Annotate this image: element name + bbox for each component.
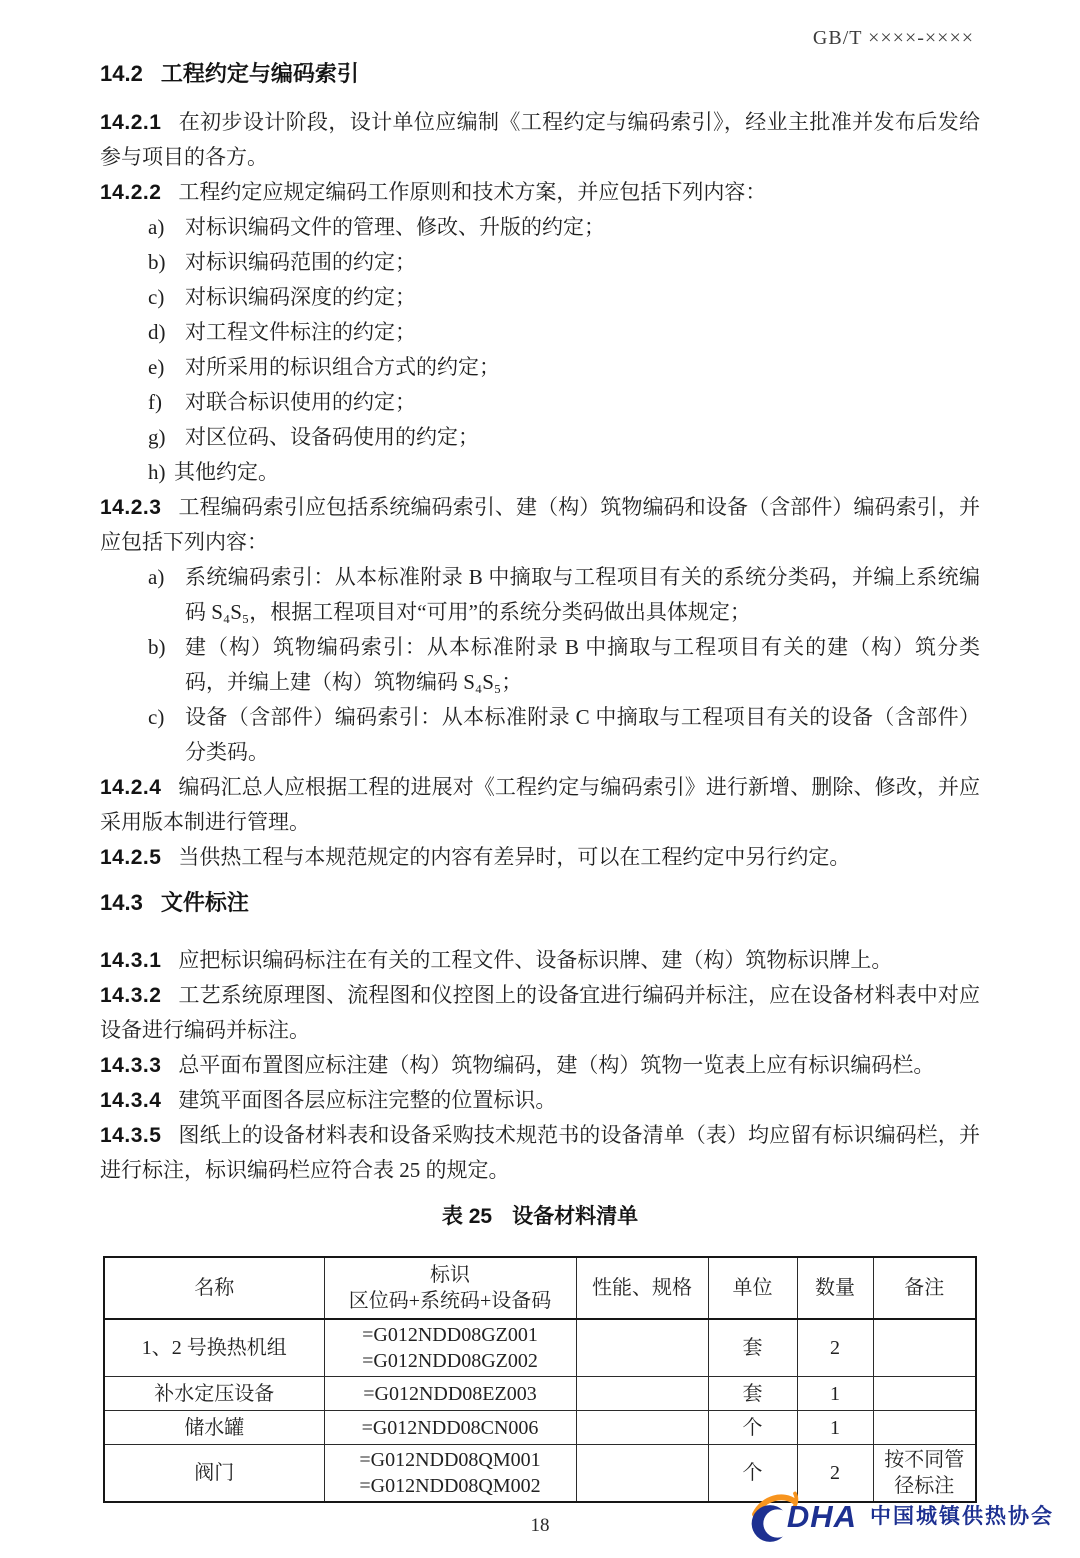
- list-item-text: 建（构）筑物编码索引：从本标准附录 B 中摘取与工程项目有关的建（构）筑分类码，…: [185, 630, 980, 700]
- clause-text: 在初步设计阶段，设计单位应编制《工程约定与编码索引》，经业主批准并发布后发给参与…: [100, 110, 980, 169]
- cell-spec: [576, 1445, 708, 1503]
- clause-text: 建筑平面图各层应标注完整的位置标识。: [178, 1088, 556, 1112]
- logo-org-name: 中国城镇供热协会: [870, 1506, 1054, 1527]
- list-item-marker: c): [148, 700, 185, 770]
- cell-name: 储水罐: [104, 1411, 324, 1445]
- list-item-text: 对所采用的标识组合方式的约定；: [185, 350, 980, 385]
- clause-number: 14.2.5: [100, 846, 161, 869]
- clause-number: 14.2.2: [100, 181, 161, 204]
- col-header-unit: 单位: [708, 1257, 797, 1319]
- col-header-spec: 性能、规格: [576, 1257, 708, 1319]
- clause-14-3-4: 14.3.4建筑平面图各层应标注完整的位置标识。: [100, 1083, 980, 1118]
- clause-14-2-3: 14.2.3工程编码索引应包括系统编码索引、建（构）筑物编码和设备（含部件）编码…: [100, 490, 980, 560]
- cell-name: 阀门: [104, 1445, 324, 1503]
- materials-table: 名称 标识 区位码+系统码+设备码 性能、规格 单位 数量 备注 1、2 号换热…: [103, 1256, 977, 1503]
- clause-14-3-2: 14.3.2工艺系统原理图、流程图和仪控图上的设备宜进行编码并标注，应在设备材料…: [100, 978, 980, 1048]
- cell-note: [873, 1319, 976, 1377]
- clause-14-2-4: 14.2.4编码汇总人应根据工程的进展对《工程约定与编码索引》进行新增、删除、修…: [100, 770, 980, 840]
- list-item-text: 对联合标识使用的约定；: [185, 385, 980, 420]
- cell-unit: 套: [708, 1377, 797, 1411]
- clause-text: 总平面布置图应标注建（构）筑物编码，建（构）筑物一览表上应有标识编码栏。: [178, 1053, 934, 1077]
- standard-code: GB/T ××××-××××: [813, 27, 974, 49]
- clause-number: 14.2.1: [100, 111, 161, 134]
- clause-14-3-3: 14.3.3总平面布置图应标注建（构）筑物编码，建（构）筑物一览表上应有标识编码…: [100, 1048, 980, 1083]
- section-title: 工程约定与编码索引: [161, 60, 359, 88]
- section-number: 14.3: [100, 889, 143, 917]
- list-item-text: 系统编码索引：从本标准附录 B 中摘取与工程项目有关的系统分类码，并编上系统编码…: [185, 560, 980, 630]
- clause-14-3-1: 14.3.1应把标识编码标注在有关的工程文件、设备标识牌、建（构）筑物标识牌上。: [100, 943, 980, 978]
- list-item-text: 对标识编码文件的管理、修改、升版的约定；: [185, 210, 980, 245]
- cell-spec: [576, 1411, 708, 1445]
- list-item: b)建（构）筑物编码索引：从本标准附录 B 中摘取与工程项目有关的建（构）筑分类…: [100, 630, 980, 700]
- list-item-marker: b): [148, 245, 185, 280]
- col-header-note: 备注: [873, 1257, 976, 1319]
- document-header: GB/T ××××-××××: [0, 0, 1080, 50]
- clause-text: 工艺系统原理图、流程图和仪控图上的设备宜进行编码并标注，应在设备材料表中对应设备…: [100, 983, 980, 1042]
- list-item-marker: e): [148, 350, 185, 385]
- col-header-qty: 数量: [797, 1257, 873, 1319]
- cell-qty: 1: [797, 1411, 873, 1445]
- col-header-name: 名称: [104, 1257, 324, 1319]
- cell-note: [873, 1411, 976, 1445]
- clause-14-2-2-list: a)对标识编码文件的管理、修改、升版的约定； b)对标识编码范围的约定； c)对…: [100, 210, 980, 490]
- section-heading-14-3: 14.3 文件标注: [100, 889, 980, 917]
- cell-qty: 1: [797, 1377, 873, 1411]
- table-caption-label: 表 25: [442, 1202, 492, 1232]
- list-item-text: 设备（含部件）编码索引：从本标准附录 C 中摘取与工程项目有关的设备（含部件）分…: [185, 700, 980, 770]
- cell-spec: [576, 1319, 708, 1377]
- clause-number: 14.3.4: [100, 1089, 161, 1112]
- section-title: 文件标注: [161, 889, 249, 917]
- col-header-identifier: 标识 区位码+系统码+设备码: [324, 1257, 576, 1319]
- list-item: e)对所采用的标识组合方式的约定；: [100, 350, 980, 385]
- clause-number: 14.2.3: [100, 496, 161, 519]
- clause-text: 工程约定应规定编码工作原则和技术方案，并应包括下列内容：: [178, 180, 766, 204]
- list-item: a)系统编码索引：从本标准附录 B 中摘取与工程项目有关的系统分类码，并编上系统…: [100, 560, 980, 630]
- materials-table-header: 名称 标识 区位码+系统码+设备码 性能、规格 单位 数量 备注: [104, 1257, 976, 1319]
- cell-unit: 个: [708, 1411, 797, 1445]
- col-header-identifier-line2: 区位码+系统码+设备码: [330, 1288, 571, 1314]
- list-item-text: 对工程文件标注的约定；: [185, 315, 980, 350]
- list-item: f)对联合标识使用的约定；: [100, 385, 980, 420]
- clause-text: 图纸上的设备材料表和设备采购技术规范书的设备清单（表）均应留有标识编码栏，并进行…: [100, 1123, 980, 1182]
- cell-note: [873, 1377, 976, 1411]
- clause-text: 应把标识编码标注在有关的工程文件、设备标识牌、建（构）筑物标识牌上。: [178, 948, 892, 972]
- logo-abbr: DHA: [787, 1501, 857, 1532]
- clause-number: 14.3.2: [100, 984, 161, 1007]
- list-item-text: 其他约定。: [174, 455, 980, 490]
- cell-qty: 2: [797, 1319, 873, 1377]
- list-item: a)对标识编码文件的管理、修改、升版的约定；: [100, 210, 980, 245]
- clause-14-2-1: 14.2.1在初步设计阶段，设计单位应编制《工程约定与编码索引》，经业主批准并发…: [100, 105, 980, 175]
- cell-code: =G012NDD08QM001 =G012NDD08QM002: [324, 1445, 576, 1503]
- document-content: 14.2 工程约定与编码索引 14.2.1在初步设计阶段，设计单位应编制《工程约…: [0, 60, 1080, 1232]
- clause-text: 当供热工程与本规范规定的内容有差异时，可以在工程约定中另行约定。: [178, 845, 850, 869]
- cell-name: 补水定压设备: [104, 1377, 324, 1411]
- clause-number: 14.3.5: [100, 1124, 161, 1147]
- table-row: 储水罐 =G012NDD08CN006 个 1: [104, 1411, 976, 1445]
- list-item: g)对区位码、设备码使用的约定；: [100, 420, 980, 455]
- section-number: 14.2: [100, 60, 143, 88]
- section-heading-14-2: 14.2 工程约定与编码索引: [100, 60, 980, 88]
- clause-text: 工程编码索引应包括系统编码索引、建（构）筑物编码和设备（含部件）编码索引，并应包…: [100, 495, 980, 554]
- table-row: 1、2 号换热机组 =G012NDD08GZ001 =G012NDD08GZ00…: [104, 1319, 976, 1377]
- list-item-text: 对标识编码范围的约定；: [185, 245, 980, 280]
- list-item-marker: g): [148, 420, 185, 455]
- list-item-text: 对区位码、设备码使用的约定；: [185, 420, 980, 455]
- header-row: 名称 标识 区位码+系统码+设备码 性能、规格 单位 数量 备注: [104, 1257, 976, 1319]
- clause-14-3-5: 14.3.5图纸上的设备材料表和设备采购技术规范书的设备清单（表）均应留有标识编…: [100, 1118, 980, 1188]
- clause-number: 14.2.4: [100, 776, 161, 799]
- table-row: 补水定压设备 =G012NDD08EZ003 套 1: [104, 1377, 976, 1411]
- clause-number: 14.3.1: [100, 949, 161, 972]
- list-item-marker: a): [148, 210, 185, 245]
- list-item: b)对标识编码范围的约定；: [100, 245, 980, 280]
- list-item: c)设备（含部件）编码索引：从本标准附录 C 中摘取与工程项目有关的设备（含部件…: [100, 700, 980, 770]
- list-item-marker: d): [148, 315, 185, 350]
- cell-code: =G012NDD08EZ003: [324, 1377, 576, 1411]
- clause-14-2-5: 14.2.5当供热工程与本规范规定的内容有差异时，可以在工程约定中另行约定。: [100, 840, 980, 875]
- clause-text: 编码汇总人应根据工程的进展对《工程约定与编码索引》进行新增、删除、修改，并应采用…: [100, 775, 980, 834]
- list-item: d)对工程文件标注的约定；: [100, 315, 980, 350]
- association-logo: DHA 中国城镇供热协会: [750, 1488, 1054, 1544]
- table-caption-text: 设备材料清单: [512, 1202, 638, 1232]
- list-item-marker: f): [148, 385, 185, 420]
- cell-code: =G012NDD08CN006: [324, 1411, 576, 1445]
- col-header-identifier-line1: 标识: [330, 1262, 571, 1288]
- list-item-marker: c): [148, 280, 185, 315]
- cell-name: 1、2 号换热机组: [104, 1319, 324, 1377]
- clause-14-2-2: 14.2.2工程约定应规定编码工作原则和技术方案，并应包括下列内容：: [100, 175, 980, 210]
- list-item-text: 对标识编码深度的约定；: [185, 280, 980, 315]
- cell-unit: 套: [708, 1319, 797, 1377]
- clause-14-2-3-list: a)系统编码索引：从本标准附录 B 中摘取与工程项目有关的系统分类码，并编上系统…: [100, 560, 980, 770]
- table-caption: 表 25 设备材料清单: [100, 1202, 980, 1232]
- list-item-marker: h): [148, 455, 174, 490]
- clause-number: 14.3.3: [100, 1054, 161, 1077]
- list-item: c)对标识编码深度的约定；: [100, 280, 980, 315]
- cell-spec: [576, 1377, 708, 1411]
- document-page: GB/T ××××-×××× 14.2 工程约定与编码索引 14.2.1在初步设…: [0, 0, 1080, 1558]
- cell-code: =G012NDD08GZ001 =G012NDD08GZ002: [324, 1319, 576, 1377]
- list-item-marker: b): [148, 630, 185, 700]
- list-item-marker: a): [148, 560, 185, 630]
- list-item: h)其他约定。: [100, 455, 980, 490]
